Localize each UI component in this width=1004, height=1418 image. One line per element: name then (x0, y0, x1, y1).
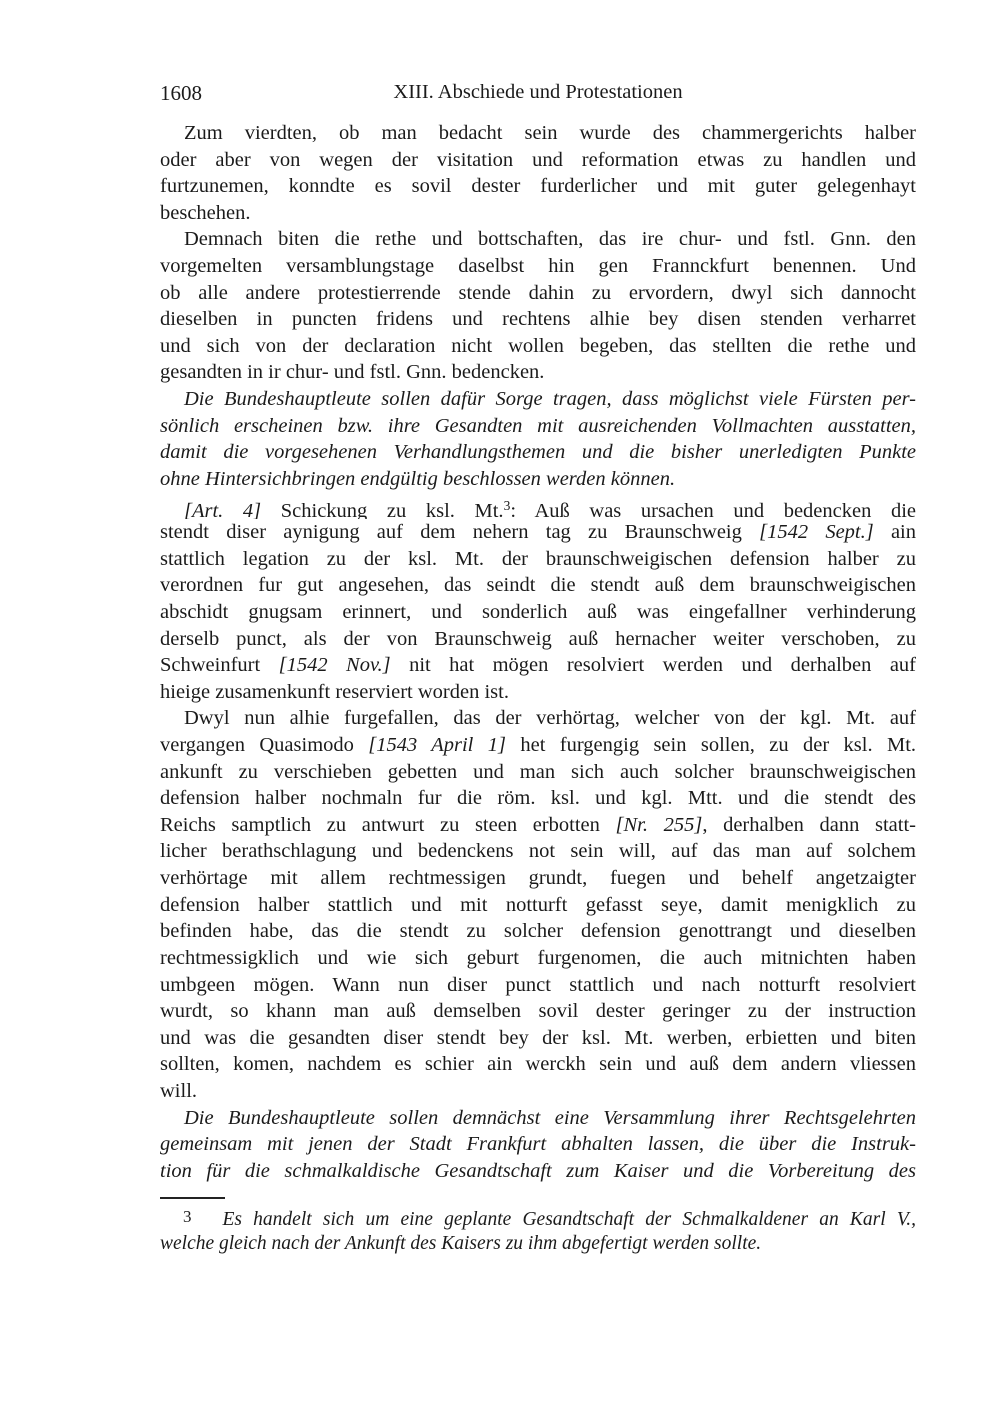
text-line: dieselben in puncten fridens und rechten… (160, 306, 916, 333)
text-line: stendt diser aynigung auf dem nehern tag… (160, 519, 916, 546)
masthead: 1608 XIII. Abschiede und Protestationen (160, 81, 916, 108)
text-line: sollten, komen, nachdem es schier ain we… (160, 1051, 916, 1078)
running-header: XIII. Abschiede und Protestationen (160, 81, 916, 104)
paragraph-2: Demnach biten die rethe und bottschaften… (160, 226, 916, 386)
text-body: Zum vierdten, ob man bedacht sein wurde … (160, 120, 916, 1184)
text-line: 3Es handelt sich um eine geplante Gesand… (160, 1203, 916, 1230)
text-segment: [1542 Nov.] (279, 654, 391, 676)
text-segment: rechtmessigklich und wie sich geburt fur… (160, 947, 916, 969)
text-line: Reichs samptlich zu antwurt zu steen erb… (160, 812, 916, 839)
paragraph-4: [Art. 4] Schickung zu ksl. Mt.3: Auß was… (160, 493, 916, 706)
text-segment: [1543 April 1] (368, 734, 506, 756)
paragraph-6-editorial: Die Bundeshauptleute sollen demnächst ei… (160, 1105, 916, 1185)
text-line: verordnen fur gut angesehen, das seindt … (160, 572, 916, 599)
text-segment: umbgeen mögen. Wann nun diser punct stat… (160, 974, 916, 996)
text-line: abschidt gnugsam erinnert, und sonderlic… (160, 599, 916, 626)
footnote-separator (160, 1197, 225, 1199)
text-line: stattlich legation zu der ksl. Mt. der b… (160, 546, 916, 573)
text-segment: ain (874, 521, 916, 543)
text-line: Die Bundeshauptleute sollen demnächst ei… (160, 1105, 916, 1132)
text-segment: sollten, komen, nachdem es schier ain we… (160, 1053, 916, 1075)
text-segment: furtzunemen, konndte es sovil dester fur… (160, 175, 916, 197)
text-line: furtzunemen, konndte es sovil dester fur… (160, 173, 916, 200)
text-line: Dwyl nun alhie furgefallen, das der verh… (160, 705, 916, 732)
text-line: ohne Hintersichbringen endgültig beschlo… (160, 466, 916, 493)
text-line: gemeinsam mit jenen der Stadt Frankfurt … (160, 1131, 916, 1158)
text-line: licher berathschlagung und bedenckens no… (160, 838, 916, 865)
text-line: [Art. 4] Schickung zu ksl. Mt.3: Auß was… (160, 493, 916, 520)
text-segment: , derhalben dann statt- (702, 814, 916, 836)
text-segment: stattlich legation zu der ksl. Mt. der b… (160, 548, 916, 570)
text-segment: wurdt, so khann man auß demselben sovil … (160, 1000, 916, 1022)
text-block: 1608 XIII. Abschiede und Protestationen … (160, 0, 916, 1418)
text-segment: Schickung zu ksl. Mt. (261, 500, 503, 520)
text-segment: oder aber von wegen der visitation und r… (160, 149, 916, 171)
paragraph-1: Zum vierdten, ob man bedacht sein wurde … (160, 120, 916, 226)
text-segment: gemeinsam mit jenen der Stadt Frankfurt … (160, 1133, 916, 1155)
text-segment: verordnen fur gut angesehen, das seindt … (160, 574, 916, 596)
text-line: sönlich erscheinen bzw. ihre Gesandten m… (160, 413, 916, 440)
text-line: defension halber stattlich und mit nottu… (160, 892, 916, 919)
book-page: 1608 XIII. Abschiede und Protestationen … (0, 0, 1004, 1418)
text-line: vergangen Quasimodo [1543 April 1] het f… (160, 732, 916, 759)
text-segment: und was die gesandten diser stendt bey d… (160, 1027, 916, 1049)
text-line: hieige zusamenkunft reserviert worden is… (160, 679, 916, 706)
text-line: vorgemelten versamblungstage daselbst hi… (160, 253, 916, 280)
text-segment: Es handelt sich um eine geplante Gesandt… (223, 1209, 917, 1230)
text-line: Die Bundeshauptleute sollen dafür Sorge … (160, 386, 916, 413)
text-line: Schweinfurt [1542 Nov.] nit hat mögen re… (160, 652, 916, 679)
text-segment: Schweinfurt (160, 654, 279, 676)
text-segment: Die Bundeshauptleute sollen dafür Sorge … (184, 388, 916, 410)
text-segment: licher berathschlagung und bedenckens no… (160, 840, 916, 862)
text-segment: tion für die schmalkaldische Gesandtscha… (160, 1160, 916, 1182)
text-segment: befinden habe, das die stendt zu solcher… (160, 920, 916, 942)
text-segment: vorgemelten versamblungstage daselbst hi… (160, 255, 916, 277)
text-segment: : Auß was ursachen und bedencken die (510, 500, 916, 520)
text-segment: ob alle andere protestierrende stende da… (160, 282, 916, 304)
text-segment: derselb punct, als der von Braunschweig … (160, 628, 916, 650)
text-line: ankunft zu verschieben gebetten und man … (160, 759, 916, 786)
paragraph-3-editorial: Die Bundeshauptleute sollen dafür Sorge … (160, 386, 916, 492)
text-line: umbgeen mögen. Wann nun diser punct stat… (160, 972, 916, 999)
text-segment: welche gleich nach der Ankunft des Kaise… (160, 1233, 761, 1254)
text-line: rechtmessigklich und wie sich geburt fur… (160, 945, 916, 972)
text-segment: defension halber stattlich und mit nottu… (160, 894, 916, 916)
text-segment: abschidt gnugsam erinnert, und sonderlic… (160, 601, 916, 623)
text-segment: sönlich erscheinen bzw. ihre Gesandten m… (160, 415, 916, 437)
text-segment: het furgengig sein sollen, zu der ksl. M… (506, 734, 916, 756)
text-segment: beschehen. (160, 202, 251, 224)
text-segment: Die Bundeshauptleute sollen demnächst ei… (184, 1107, 916, 1129)
text-segment: Reichs samptlich zu antwurt zu steen erb… (160, 814, 615, 836)
text-segment: ankunft zu verschieben gebetten und man … (160, 761, 916, 783)
text-line: damit die vorgesehenen Verhandlungstheme… (160, 439, 916, 466)
text-line: und sich von der declaration nicht wolle… (160, 333, 916, 360)
text-segment: gesandten in ir chur- und fstl. Gnn. bed… (160, 361, 544, 383)
text-segment: dieselben in puncten fridens und rechten… (160, 308, 916, 330)
text-line: will. (160, 1078, 916, 1105)
text-segment: Zum vierdten, ob man bedacht sein wurde … (184, 122, 916, 144)
text-segment: ohne Hintersichbringen endgültig beschlo… (160, 468, 675, 490)
text-line: welche gleich nach der Ankunft des Kaise… (160, 1230, 916, 1257)
text-segment: defension halber nochmaln fur die röm. k… (160, 787, 916, 809)
text-segment: und sich von der declaration nicht wolle… (160, 335, 916, 357)
text-segment: [Nr. 255] (615, 814, 702, 836)
paragraph-5: Dwyl nun alhie furgefallen, das der verh… (160, 705, 916, 1104)
text-segment: [1542 Sept.] (759, 521, 874, 543)
text-line: Zum vierdten, ob man bedacht sein wurde … (160, 120, 916, 147)
text-segment: hieige zusamenkunft reserviert worden is… (160, 681, 509, 703)
text-line: gesandten in ir chur- und fstl. Gnn. bed… (160, 359, 916, 386)
text-segment: stendt diser aynigung auf dem nehern tag… (160, 521, 759, 543)
text-segment: Demnach biten die rethe und bottschaften… (184, 228, 916, 250)
text-line: derselb punct, als der von Braunschweig … (160, 626, 916, 653)
text-line: tion für die schmalkaldische Gesandtscha… (160, 1158, 916, 1185)
text-segment: vergangen Quasimodo (160, 734, 368, 756)
text-line: oder aber von wegen der visitation und r… (160, 147, 916, 174)
text-segment: [Art. 4] (184, 500, 261, 520)
page-number: 1608 (160, 81, 202, 106)
text-line: wurdt, so khann man auß demselben sovil … (160, 998, 916, 1025)
text-line: beschehen. (160, 200, 916, 227)
footnote-marker: 3 (183, 1207, 192, 1226)
text-segment: verhörtage mit allem rechtmessigen grund… (160, 867, 916, 889)
text-segment: will. (160, 1080, 197, 1102)
text-line: ob alle andere protestierrende stende da… (160, 280, 916, 307)
text-segment: damit die vorgesehenen Verhandlungstheme… (160, 441, 916, 463)
text-segment: nit hat mögen resolviert werden und derh… (391, 654, 916, 676)
text-line: defension halber nochmaln fur die röm. k… (160, 785, 916, 812)
text-line: befinden habe, das die stendt zu solcher… (160, 918, 916, 945)
text-line: und was die gesandten diser stendt bey d… (160, 1025, 916, 1052)
footnote: 3Es handelt sich um eine geplante Gesand… (160, 1203, 916, 1257)
text-segment: Dwyl nun alhie furgefallen, das der verh… (184, 707, 916, 729)
text-line: verhörtage mit allem rechtmessigen grund… (160, 865, 916, 892)
text-line: Demnach biten die rethe und bottschaften… (160, 226, 916, 253)
